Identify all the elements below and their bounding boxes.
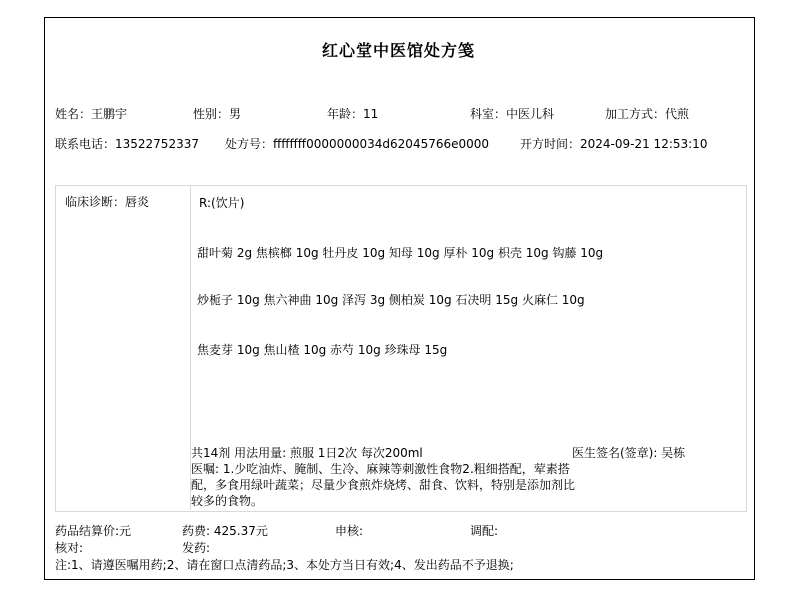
diagnosis-cell [55,185,191,510]
page-title: 红心堂中医馆处方笺 [44,38,753,61]
patient-age-field: 年龄：11 [327,107,378,121]
herb-line-1: 甜叶菊 2g 焦槟榔 10g 牡丹皮 10g 知母 10g 厚朴 10g 枳壳 … [197,246,603,260]
footnote: 注:1、请遵医嘱用药;2、请在窗口点清药品;3、本处方当日有效;4、发出药品不予… [55,558,514,572]
department-field: 科室：中医儿科 [470,107,554,121]
rx-header: R:(饮片) [199,196,244,210]
patient-gender-field: 性别：男 [193,107,241,121]
herb-line-2: 炒栀子 10g 焦六神曲 10g 泽泻 3g 侧柏炭 10g 石决明 15g 火… [197,293,585,307]
settle-price-field: 药品结算价:元 [55,524,131,538]
prescription-page: { "title": "红心堂中医馆处方笺", "patient_row1": … [0,0,800,600]
fee-field: 药费: 425.37元 [182,524,268,538]
usage-line: 共14剂 用法用量: 煎服 1日2次 每次200ml [191,446,423,460]
dispense-field: 调配: [470,524,498,538]
issue-field: 发药: [182,541,210,555]
processing-method-field: 加工方式：代煎 [605,107,689,121]
review-field: 申核: [335,524,363,538]
diagnosis-text: 临床诊断：唇炎 [65,195,149,209]
doctor-signature: 医生签名(签章): 吴栋 [572,446,685,460]
check-field: 核对: [55,541,83,555]
issue-time-field: 开方时间：2024-09-21 12:53:10 [520,137,707,151]
phone-field: 联系电话：13522752337 [55,137,199,151]
rx-number-field: 处方号：ffffffff0000000034d62045766e0000 [225,137,489,151]
patient-name-field: 姓名：王鹏宇 [55,107,127,121]
herb-line-3: 焦麦芽 10g 焦山楂 10g 赤芍 10g 珍珠母 15g [197,343,447,357]
doctor-advice: 医嘱: 1.少吃油炸、腌制、生冷、麻辣等刺激性食物2.粗细搭配，荤素搭配，多食用… [191,461,577,509]
